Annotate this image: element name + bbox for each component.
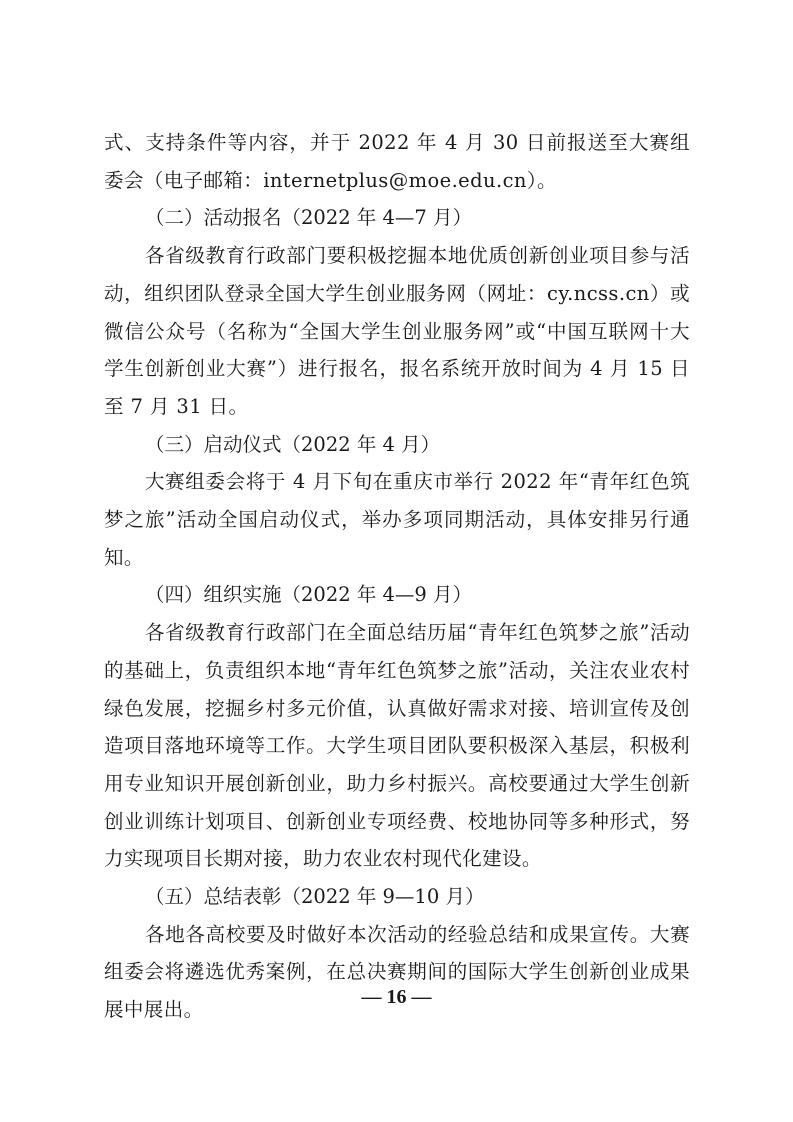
section-heading-registration: （二）活动报名（2022 年 4—7 月） [104,199,690,237]
page-number: — 16 — [0,986,793,1009]
paragraph-summary: 各地各高校要及时做好本次活动的经验总结和成果宣传。大赛组委会将遴选优秀案例，在总… [104,916,690,1029]
section-heading-summary: （五）总结表彰（2022 年 9—10 月） [104,878,690,916]
section-heading-implementation: （四）组织实施（2022 年 4—9 月） [104,576,690,614]
paragraph-continuation: 式、支持条件等内容，并于 2022 年 4 月 30 日前报送至大赛组委会（电子… [104,124,690,199]
paragraph-launch-ceremony: 大赛组委会将于 4 月下旬在重庆市举行 2022 年“青年红色筑梦之旅”活动全国… [104,463,690,576]
section-heading-launch-ceremony: （三）启动仪式（2022 年 4 月） [104,426,690,464]
paragraph-registration: 各省级教育行政部门要积极挖掘本地优质创新创业项目参与活动，组织团队登录全国大学生… [104,237,690,426]
document-page: 式、支持条件等内容，并于 2022 年 4 月 30 日前报送至大赛组委会（电子… [104,124,690,1029]
paragraph-implementation: 各省级教育行政部门在全面总结历届“青年红色筑梦之旅”活动的基础上，负责组织本地“… [104,614,690,878]
